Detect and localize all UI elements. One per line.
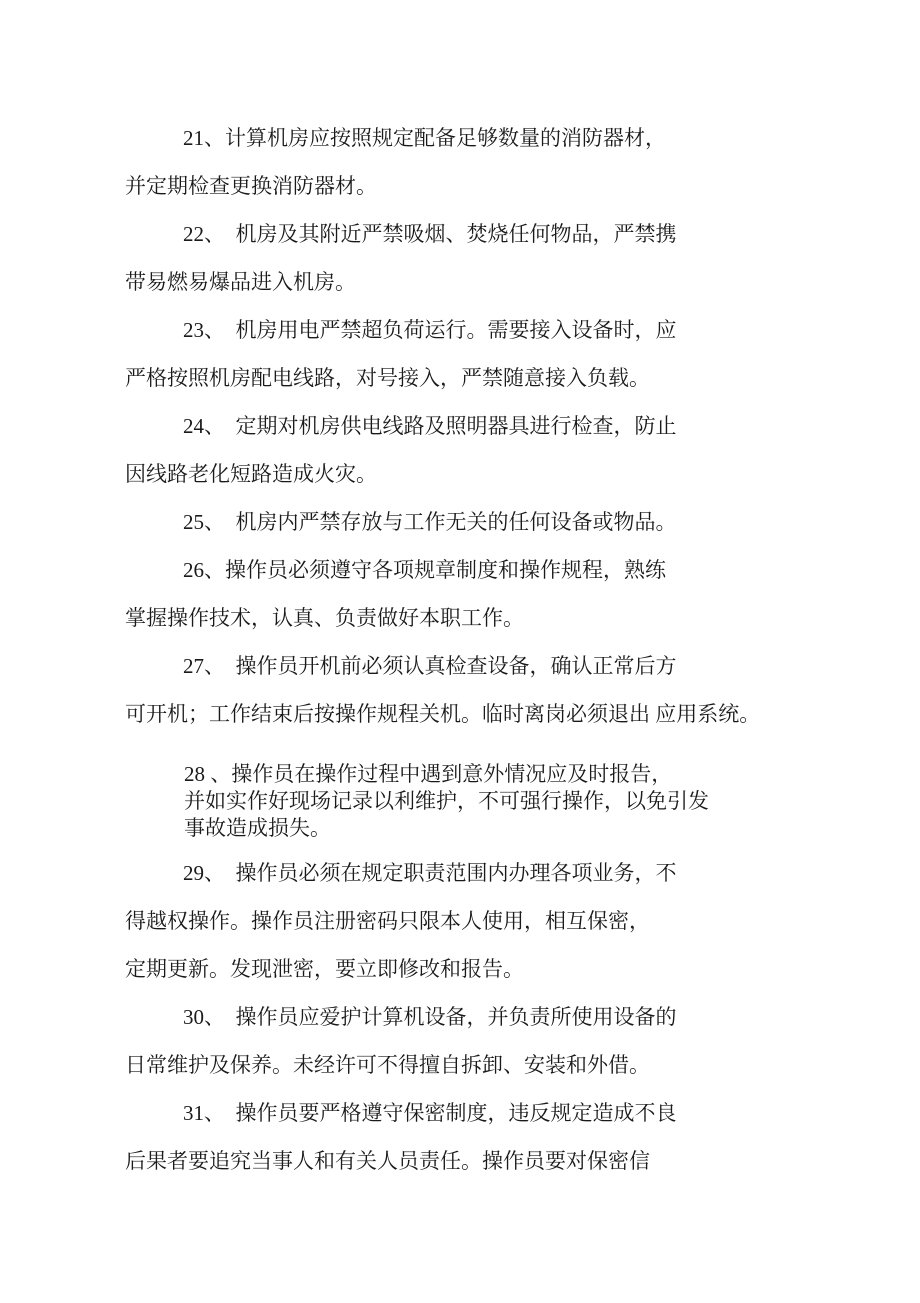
text-line: 掌握操作技术，认真、负责做好本职工作。	[125, 594, 815, 642]
text-line: 事故造成损失。	[125, 815, 815, 842]
text-line: 29、 操作员必须在规定职责范围内办理各项业务，不	[125, 849, 815, 897]
document-page: 21、计算机房应按照规定配备足够数量的消防器材，并定期检查更换消防器材。22、 …	[0, 0, 920, 1303]
text-line: 日常维护及保养。未经许可不得擅自拆卸、安装和外借。	[125, 1041, 815, 1089]
text-line: 26、操作员必须遵守各项规章制度和操作规程，熟练	[125, 546, 815, 594]
text-line: 可开机；工作结束后按操作规程关机。临时离岗必须退出 应用系统。	[125, 690, 815, 738]
text-line: 30、 操作员应爱护计算机设备，并负责所使用设备的	[125, 993, 815, 1041]
text-line: 23、 机房用电严禁超负荷运行。需要接入设备时，应	[125, 306, 815, 354]
text-line: 并如实作好现场记录以利维护，不可强行操作，以免引发	[125, 788, 815, 815]
text-line: 得越权操作。操作员注册密码只限本人使用，相互保密，	[125, 897, 815, 945]
text-line: 27、 操作员开机前必须认真检查设备，确认正常后方	[125, 642, 815, 690]
text-line: 21、计算机房应按照规定配备足够数量的消防器材，	[125, 114, 815, 162]
text-line: 因线路老化短路造成火灾。	[125, 450, 815, 498]
text-line: 25、 机房内严禁存放与工作无关的任何设备或物品。	[125, 498, 815, 546]
text-line: 31、 操作员要严格遵守保密制度，违反规定造成不良	[125, 1089, 815, 1137]
text-line: 并定期检查更换消防器材。	[125, 162, 815, 210]
text-line: 24、 定期对机房供电线路及照明器具进行检查，防止	[125, 402, 815, 450]
text-line: 带易燃易爆品进入机房。	[125, 258, 815, 306]
text-line: 严格按照机房配电线路，对号接入，严禁随意接入负载。	[125, 354, 815, 402]
text-line: 28 、操作员在操作过程中遇到意外情况应及时报告，	[125, 761, 815, 788]
text-line: 22、 机房及其附近严禁吸烟、焚烧任何物品，严禁携	[125, 210, 815, 258]
text-line: 后果者要追究当事人和有关人员责任。操作员要对保密信	[125, 1137, 815, 1185]
document-text-block: 21、计算机房应按照规定配备足够数量的消防器材，并定期检查更换消防器材。22、 …	[125, 114, 815, 1185]
text-line: 定期更新。发现泄密，要立即修改和报告。	[125, 945, 815, 993]
